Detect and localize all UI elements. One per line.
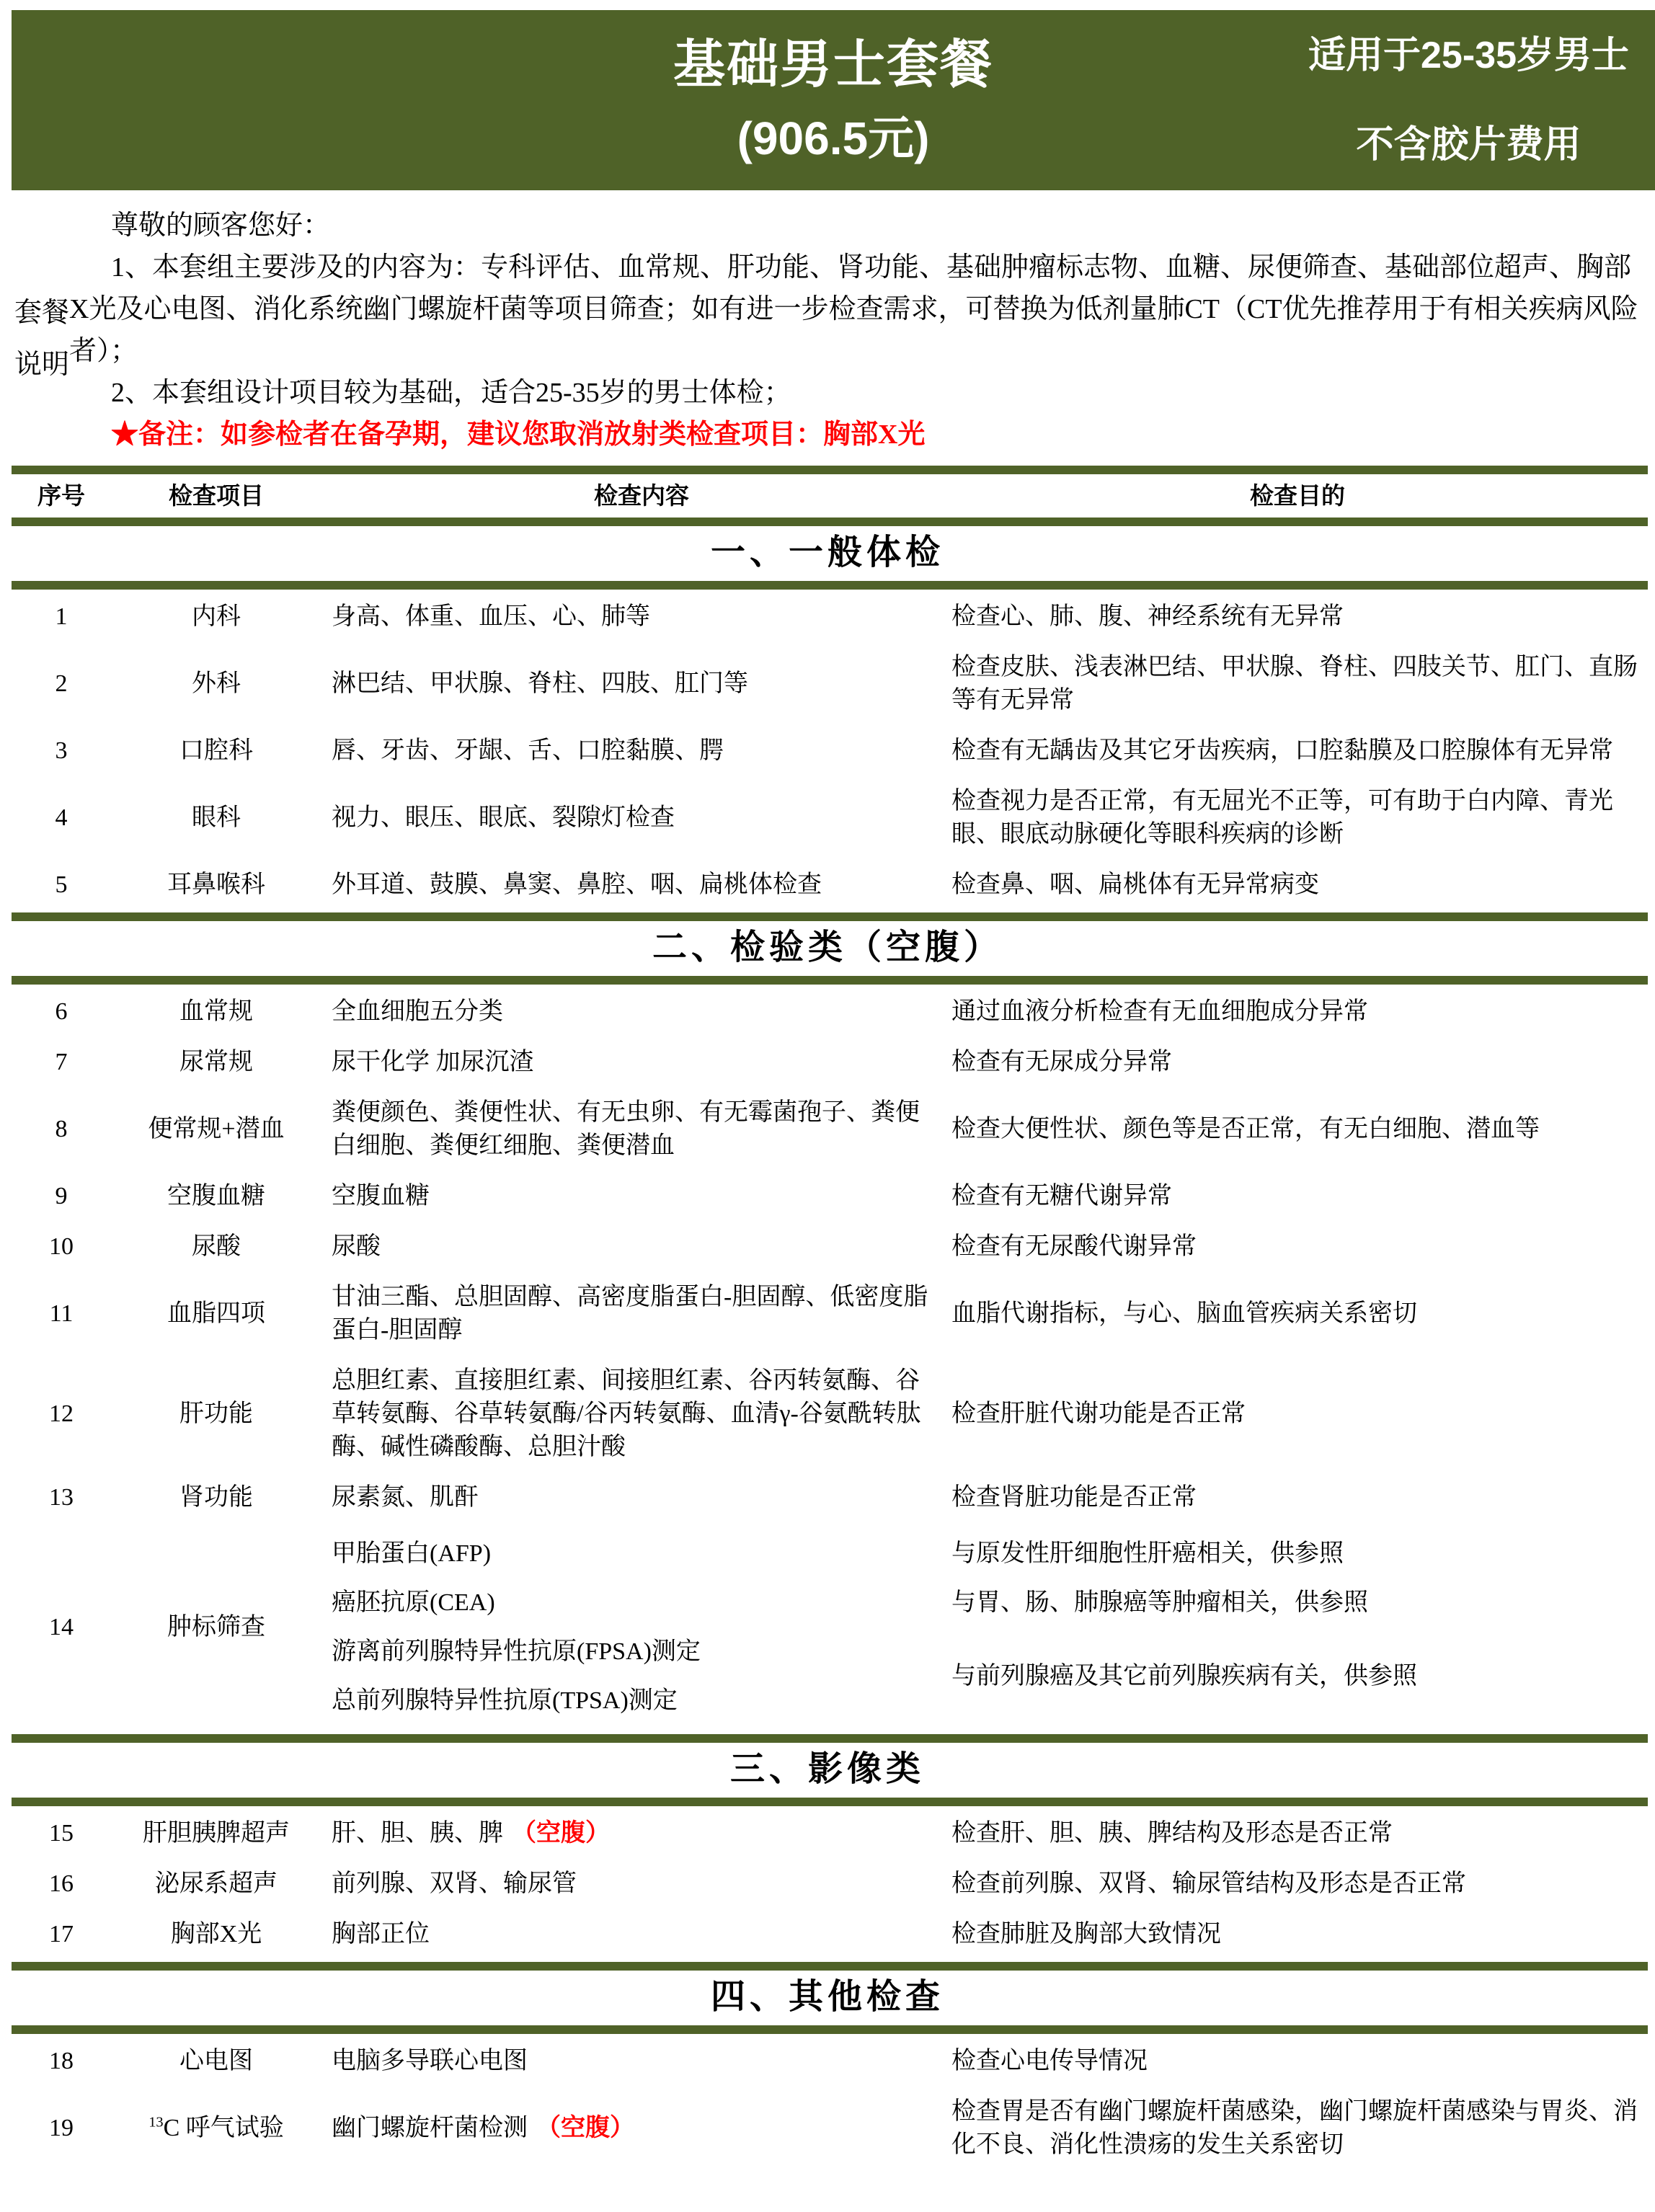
row-number: 3: [22, 734, 101, 768]
row-item: 空腹血糖: [101, 1180, 332, 1213]
row-content: 幽门螺旋杆菌检测（空腹）: [332, 2112, 951, 2145]
row-purpose: 检查前列腺、双肾、输尿管结构及形态是否正常: [951, 1867, 1643, 1901]
row-number: 6: [22, 995, 101, 1029]
table-row: 1913C 呼气试验幽门螺旋杆菌检测（空腹）检查胃是否有幽门螺旋杆菌感染，幽门螺…: [0, 2087, 1655, 2170]
row-purpose: 检查有无龋齿及其它牙齿疾病，口腔黏膜及口腔腺体有无异常: [951, 734, 1643, 768]
row-content: 空腹血糖: [332, 1180, 951, 1213]
applicable-age-label: 适用于25-35岁男士: [1308, 37, 1629, 74]
row-purpose: 检查肾脏功能是否正常: [951, 1481, 1643, 1514]
section-divider: [12, 518, 1648, 526]
row-number: 7: [22, 1046, 101, 1079]
table-row: 10尿酸尿酸检查有无尿酸代谢异常: [0, 1222, 1655, 1272]
fasting-note: （空腹）: [536, 2115, 634, 2141]
row-content: 甲胎蛋白(AFP): [332, 1537, 951, 1571]
row-purpose: 检查有无尿成分异常: [951, 1046, 1643, 1079]
table-row: 14肿标筛查甲胎蛋白(AFP)与原发性肝细胞性肝癌相关，供参照癌胚抗原(CEA)…: [0, 1523, 1655, 1732]
row-content: 尿干化学 加尿沉渣: [332, 1046, 951, 1079]
row-purpose: 检查肝、胆、胰、脾结构及形态是否正常: [951, 1817, 1643, 1850]
row-item: 肝胆胰脾超声: [101, 1817, 332, 1850]
note-paragraph-1: 1、本套组主要涉及的内容为：专科评估、血常规、肝功能、肾功能、基础肿瘤标志物、血…: [69, 246, 1641, 372]
section-divider: [12, 1798, 1648, 1806]
row-content: 粪便颜色、粪便性状、有无虫卵、有无霉菌孢子、粪便白细胞、粪便红细胞、粪便潜血: [332, 1096, 951, 1163]
notes-side-label-line2: 说明: [14, 339, 71, 391]
section-title: 四、其他检查: [0, 1973, 1655, 2023]
row-item: 尿常规: [101, 1046, 332, 1079]
row-purpose: 检查鼻、咽、扁桃体有无异常病变: [951, 869, 1643, 902]
item-superscript: 13: [148, 2115, 163, 2131]
note-paragraph-2: 2、本套组设计项目较为基础，适合25-35岁的男士体检；: [69, 372, 1641, 414]
column-header: 序号: [22, 484, 101, 510]
row-purpose: 血脂代谢指标，与心、脑血管疾病关系密切: [951, 1297, 1643, 1331]
table-row: 8便常规+潜血粪便颜色、粪便性状、有无虫卵、有无霉菌孢子、粪便白细胞、粪便红细胞…: [0, 1088, 1655, 1171]
row-purpose: 与原发性肝细胞性肝癌相关，供参照: [951, 1537, 1643, 1571]
row-item: 内科: [101, 600, 332, 634]
banner-right-block: 适用于25-35岁男士 不含胶片费用: [1308, 10, 1629, 190]
row-content: 淋巴结、甲状腺、脊柱、四肢、肛门等: [332, 667, 951, 701]
row-number: 11: [22, 1297, 101, 1331]
pregnancy-warning-note: ★备注：如参检者在备孕期，建议您取消放射类检查项目：胸部X光: [69, 414, 1641, 456]
row-item: 肝功能: [101, 1398, 332, 1431]
row-item: 血常规: [101, 995, 332, 1029]
row-content: 外耳道、鼓膜、鼻窦、鼻腔、咽、扁桃体检查: [332, 869, 951, 902]
exam-table: 序号检查项目检查内容检查目的一、一般体检1内科身高、体重、血压、心、肺等检查心、…: [0, 466, 1655, 2170]
package-price: (906.5元): [737, 115, 930, 161]
table-row: 3口腔科唇、牙齿、牙龈、舌、口腔黏膜、腭检查有无龋齿及其它牙齿疾病，口腔黏膜及口…: [0, 726, 1655, 776]
row-item: 耳鼻喉科: [101, 869, 332, 902]
row-item: 13C 呼气试验: [101, 2112, 332, 2145]
film-fee-label: 不含胶片费用: [1356, 126, 1581, 164]
row-purpose: 与胃、肠、肺腺癌等肿瘤相关，供参照: [951, 1586, 1643, 1620]
row-content: 尿酸: [332, 1230, 951, 1263]
section-divider: [12, 466, 1648, 474]
row-purpose: 通过血液分析检查有无血细胞成分异常: [951, 995, 1643, 1029]
row-item: 泌尿系超声: [101, 1867, 332, 1901]
row-purpose: 检查大便性状、颜色等是否正常，有无白细胞、潜血等: [951, 1113, 1643, 1146]
row-content: 胸部正位: [332, 1918, 951, 1951]
row-item: 肾功能: [101, 1481, 332, 1514]
column-header: 检查目的: [951, 484, 1643, 510]
table-row: 4眼科视力、眼压、眼底、裂隙灯检查检查视力是否正常，有无屈光不正等，可有助于白内…: [0, 776, 1655, 860]
column-header: 检查内容: [332, 484, 951, 510]
row-content: 总胆红素、直接胆红素、间接胆红素、谷丙转氨酶、谷草转氨酶、谷草转氨酶/谷丙转氨酶…: [332, 1364, 951, 1464]
row-content: 游离前列腺特异性抗原(FPSA)测定: [332, 1635, 951, 1669]
row-number: 5: [22, 869, 101, 902]
row-purpose: 检查心、肺、腹、神经系统有无异常: [951, 600, 1643, 634]
row-item: 眼科: [101, 801, 332, 835]
row-purpose: 与前列腺癌及其它前列腺疾病有关，供参照: [951, 1660, 1643, 1693]
row-number: 2: [22, 667, 101, 701]
section-divider: [12, 912, 1648, 921]
row-item: 肿标筛查: [101, 1611, 332, 1644]
row-purpose: 检查视力是否正常，有无屈光不正等，可有助于白内障、青光眼、眼底动脉硬化等眼科疾病…: [951, 785, 1643, 851]
table-header-row: 序号检查项目检查内容检查目的: [0, 476, 1655, 515]
table-row: 5耳鼻喉科外耳道、鼓膜、鼻窦、鼻腔、咽、扁桃体检查检查鼻、咽、扁桃体有无异常病变: [0, 860, 1655, 910]
row-item: 外科: [101, 667, 332, 701]
row-number: 13: [22, 1481, 101, 1514]
package-document: 基础男士套餐 (906.5元) 适用于25-35岁男士 不含胶片费用 套餐 说明…: [0, 0, 1655, 2212]
section-divider: [12, 1962, 1648, 1971]
section-divider: [12, 581, 1648, 590]
row-content: 癌胚抗原(CEA): [332, 1586, 951, 1620]
table-row: 9空腹血糖空腹血糖检查有无糖代谢异常: [0, 1171, 1655, 1222]
table-row: 12肝功能总胆红素、直接胆红素、间接胆红素、谷丙转氨酶、谷草转氨酶、谷草转氨酶/…: [0, 1356, 1655, 1473]
section-divider: [12, 2025, 1648, 2034]
column-header: 检查项目: [101, 484, 332, 510]
row-content: 肝、胆、胰、脾（空腹）: [332, 1817, 951, 1850]
header-banner: 基础男士套餐 (906.5元) 适用于25-35岁男士 不含胶片费用: [12, 10, 1655, 190]
row-number: 14: [22, 1611, 101, 1644]
row-number: 9: [22, 1180, 101, 1213]
table-row: 6血常规全血细胞五分类通过血液分析检查有无血细胞成分异常: [0, 987, 1655, 1037]
row-number: 15: [22, 1817, 101, 1850]
row-number: 8: [22, 1113, 101, 1146]
row-number: 18: [22, 2045, 101, 2078]
row-content: 全血细胞五分类: [332, 995, 951, 1029]
row-content: 电脑多导联心电图: [332, 2045, 951, 2078]
row-item: 血脂四项: [101, 1297, 332, 1331]
table-row: 13肾功能尿素氮、肌酐检查肾脏功能是否正常: [0, 1473, 1655, 1523]
row-purpose: 检查肝脏代谢功能是否正常: [951, 1398, 1643, 1431]
row-purpose: 检查有无糖代谢异常: [951, 1180, 1643, 1213]
row-content: 尿素氮、肌酐: [332, 1481, 951, 1514]
row-number: 1: [22, 600, 101, 634]
row-purpose: 检查胃是否有幽门螺旋杆菌感染，幽门螺旋杆菌感染与胃炎、消化不良、消化性溃疡的发生…: [951, 2095, 1643, 2162]
row-number: 19: [22, 2112, 101, 2145]
table-row: 16泌尿系超声前列腺、双肾、输尿管检查前列腺、双肾、输尿管结构及形态是否正常: [0, 1859, 1655, 1909]
table-row: 17胸部X光胸部正位检查肺脏及胸部大致情况: [0, 1909, 1655, 1960]
row-content: 唇、牙齿、牙龈、舌、口腔黏膜、腭: [332, 734, 951, 768]
table-row: 15肝胆胰脾超声肝、胆、胰、脾（空腹）检查肝、胆、胰、脾结构及形态是否正常: [0, 1808, 1655, 1859]
row-purpose: 检查皮肤、浅表淋巴结、甲状腺、脊柱、四肢关节、肛门、直肠等有无异常: [951, 651, 1643, 717]
row-number: 10: [22, 1230, 101, 1263]
fasting-note: （空腹）: [512, 1820, 610, 1847]
row-item: 便常规+潜血: [101, 1113, 332, 1146]
row-item: 尿酸: [101, 1230, 332, 1263]
row-content: 身高、体重、血压、心、肺等: [332, 600, 951, 634]
section-divider: [12, 1734, 1648, 1743]
greeting-text: 尊敬的顾客您好：: [69, 205, 1641, 246]
row-number: 16: [22, 1867, 101, 1901]
notes-side-label-line1: 套餐: [14, 287, 71, 339]
row-content: 总前列腺特异性抗原(TPSA)测定: [332, 1684, 951, 1718]
notes-side-label: 套餐 说明: [14, 287, 71, 391]
row-number: 4: [22, 801, 101, 835]
section-divider: [12, 976, 1648, 985]
table-row: 2外科淋巴结、甲状腺、脊柱、四肢、肛门等检查皮肤、浅表淋巴结、甲状腺、脊柱、四肢…: [0, 642, 1655, 726]
table-row: 1内科身高、体重、血压、心、肺等检查心、肺、腹、神经系统有无异常: [0, 592, 1655, 642]
row-number: 12: [22, 1398, 101, 1431]
section-title: 一、一般体检: [0, 528, 1655, 579]
row-item: 胸部X光: [101, 1918, 332, 1951]
table-row: 11血脂四项甘油三酯、总胆固醇、高密度脂蛋白-胆固醇、低密度脂蛋白-胆固醇血脂代…: [0, 1272, 1655, 1356]
table-row: 7尿常规尿干化学 加尿沉渣检查有无尿成分异常: [0, 1037, 1655, 1088]
row-item: 口腔科: [101, 734, 332, 768]
row-number: 17: [22, 1918, 101, 1951]
row-purpose: 检查心电传导情况: [951, 2045, 1643, 2078]
row-purpose: 检查有无尿酸代谢异常: [951, 1230, 1643, 1263]
table-row: 18心电图电脑多导联心电图检查心电传导情况: [0, 2036, 1655, 2087]
row-content: 视力、眼压、眼底、裂隙灯检查: [332, 801, 951, 835]
row-purpose: 检查肺脏及胸部大致情况: [951, 1918, 1643, 1951]
package-title: 基础男士套餐: [673, 39, 993, 91]
section-title: 二、检验类（空腹）: [0, 923, 1655, 974]
row-item: 心电图: [101, 2045, 332, 2078]
row-content: 甘油三酯、总胆固醇、高密度脂蛋白-胆固醇、低密度脂蛋白-胆固醇: [332, 1281, 951, 1347]
section-title: 三、影像类: [0, 1745, 1655, 1795]
package-notes: 套餐 说明 尊敬的顾客您好： 1、本套组主要涉及的内容为：专科评估、血常规、肝功…: [12, 202, 1645, 460]
row-content: 前列腺、双肾、输尿管: [332, 1867, 951, 1901]
